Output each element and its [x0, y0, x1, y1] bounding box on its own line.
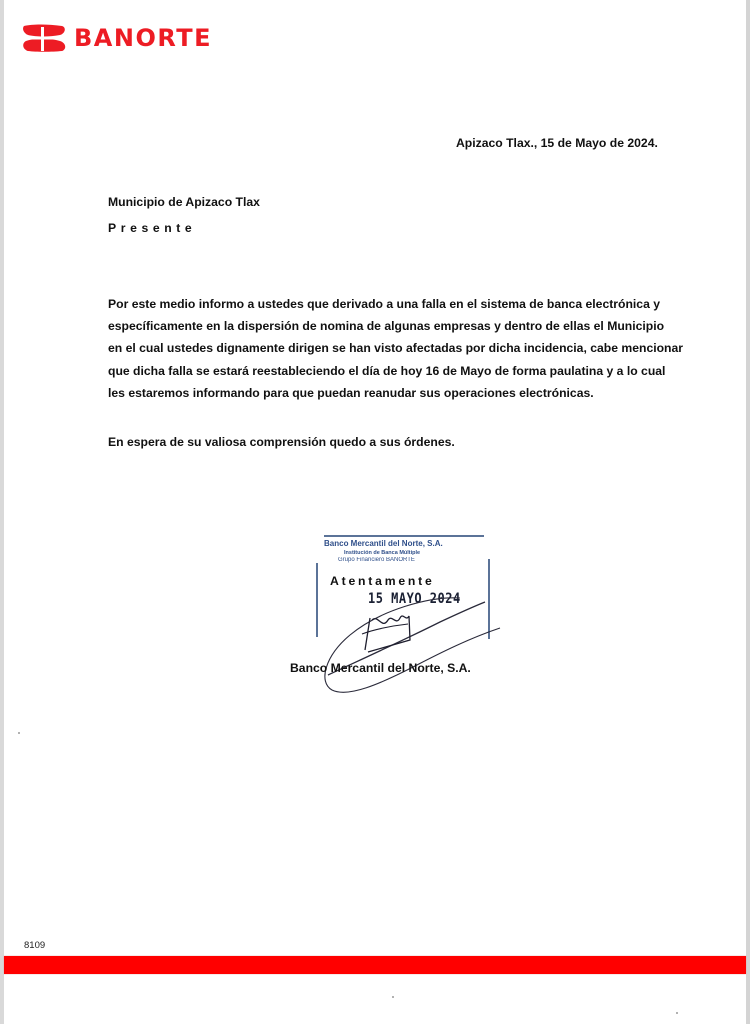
scan-speck	[392, 996, 394, 998]
banorte-logo-icon	[22, 24, 68, 52]
footer-red-bar	[4, 956, 746, 974]
banorte-logo: BANORTE	[22, 24, 212, 52]
stamp-subtitle-1: Institución de Banca Múltiple	[344, 550, 420, 556]
letter-salutation: Presente	[108, 217, 196, 239]
letter-body: Por este medio informo a ustedes que der…	[108, 293, 678, 404]
letter-body-line: Por este medio informo a ustedes que der…	[108, 293, 678, 315]
letter-body-line: específicamente en la dispersión de nomi…	[108, 315, 678, 337]
stamp-date: 15 MAYO 2024	[368, 590, 461, 607]
letter-date-line: Apizaco Tlax., 15 de Mayo de 2024.	[456, 132, 658, 154]
letter-body-line: en el cual ustedes dignamente dirigen se…	[108, 337, 678, 359]
letter-closing: En espera de su valiosa comprensión qued…	[108, 431, 455, 453]
brand-name: BANORTE	[74, 24, 212, 52]
page-edge-left	[0, 0, 4, 1024]
stamp-title: Banco Mercantil del Norte, S.A.	[324, 539, 443, 548]
letter-sign-off: Atentamente	[330, 570, 435, 592]
letter-signer: Banco Mercantil del Norte, S.A.	[290, 657, 471, 679]
scan-speck	[676, 1012, 678, 1014]
page-edge-right	[746, 0, 750, 1024]
stamp-subtitle-2: Grupo Financiero BANORTE	[338, 557, 415, 563]
letter-body-line: les estaremos informando para que puedan…	[108, 382, 678, 404]
letter-recipient: Municipio de Apizaco Tlax	[108, 191, 260, 213]
reference-number: 8109	[24, 940, 45, 951]
letter-body-line: que dicha falla se estará reestableciend…	[108, 360, 678, 382]
scan-speck	[18, 732, 20, 734]
